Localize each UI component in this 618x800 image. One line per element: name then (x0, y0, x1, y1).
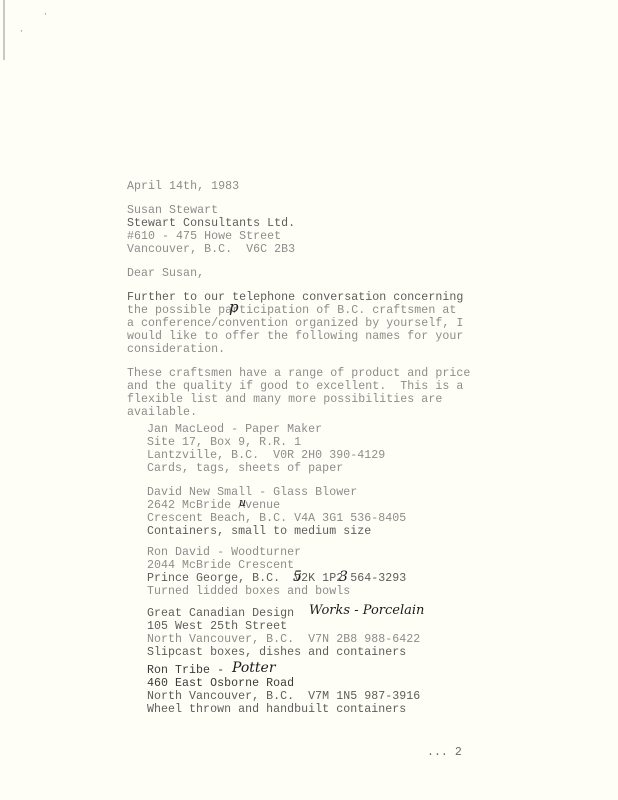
craftsman-products: Containers, small to medium size (147, 525, 371, 538)
recipient-street: #610 - 475 Howe Street (127, 230, 281, 243)
continuation-marker: ... 2 (427, 746, 462, 759)
craftsman-name: David New Small - Glass Blower (147, 486, 357, 499)
craftsman-city: Lantzville, B.C. V0R 2H0 390-4129 (147, 449, 385, 462)
craftsman-city: North Vancouver, B.C. V7M 1N5 987-3916 (147, 690, 420, 703)
scan-speck: · (43, 10, 48, 19)
paragraph-1-line: a conference/convention organized by you… (127, 317, 463, 330)
recipient-company: Stewart Consultants Ltd. (127, 217, 295, 230)
craftsman-name: Great Canadian Design (147, 607, 294, 620)
paragraph-2-line: and the quality if good to excellent. Th… (127, 380, 463, 393)
page-edge (3, 0, 5, 60)
recipient-name: Susan Stewart (127, 204, 218, 217)
handwritten-annotation-potter: Potter (232, 660, 276, 676)
handwritten-phone-digit: 3 (339, 569, 348, 585)
paragraph-1-line: the possible participation of B.C. craft… (127, 304, 456, 317)
recipient-city: Vancouver, B.C. V6C 2B3 (127, 243, 295, 256)
paragraph-2-line: These craftsmen have a range of product … (127, 367, 470, 380)
craftsman-city: North Vancouver, B.C. V7N 2B8 988-6422 (147, 633, 420, 646)
letter-date: April 14th, 1983 (127, 180, 239, 193)
craftsman-address: 2044 McBride Crescent (147, 559, 294, 572)
handwritten-phone-digit: 5 (293, 569, 302, 585)
craftsman-name: Ron Tribe - (147, 664, 224, 677)
paragraph-1-line: consideration. (127, 343, 225, 356)
craftsman-products: Turned lidded boxes and bowls (147, 585, 350, 598)
craftsman-products: Wheel thrown and handbuilt containers (147, 703, 406, 716)
craftsman-address: 460 East Osborne Road (147, 677, 294, 690)
craftsman-city: Crescent Beach, B.C. V4A 3G1 536-8405 (147, 512, 406, 525)
scan-speck: · (19, 27, 24, 36)
craftsman-address: Site 17, Box 9, R.R. 1 (147, 436, 301, 449)
craftsman-name: Ron David - Woodturner (147, 546, 301, 559)
handwritten-annotation-porcelain: Works - Porcelain (309, 603, 424, 618)
craftsman-products: Cards, tags, sheets of paper (147, 462, 343, 475)
craftsman-city: Prince George, B.C. V2K 1P2 564-3293 (147, 572, 406, 585)
salutation: Dear Susan, (127, 267, 204, 280)
paragraph-2-line: flexible list and many more possibilitie… (127, 393, 442, 406)
paragraph-1-line: Further to our telephone conversation co… (127, 291, 463, 304)
craftsman-address: 2642 McBride Avenue (147, 499, 280, 512)
craftsman-address: 105 West 25th Street (147, 620, 287, 633)
craftsman-products: Slipcast boxes, dishes and containers (147, 646, 406, 659)
handwritten-correction: p (229, 298, 239, 316)
craftsman-name: Jan MacLeod - Paper Maker (147, 423, 322, 436)
paragraph-2-line: available. (127, 406, 197, 419)
paragraph-1-line: would like to offer the following names … (127, 330, 463, 343)
handwritten-correction: u (239, 496, 246, 509)
